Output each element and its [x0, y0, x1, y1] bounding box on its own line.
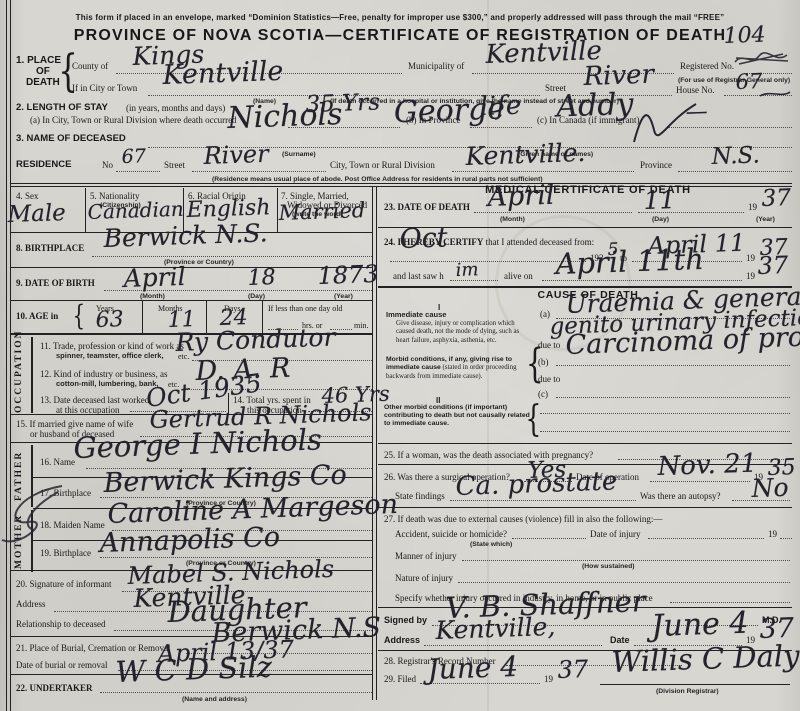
- birth-day-value: 18: [247, 267, 276, 290]
- death-certificate-scan: This form if placed in an envelope, mark…: [0, 0, 800, 711]
- division-registrar-note: (Division Registrar): [656, 688, 719, 696]
- death-year-value: 37: [761, 187, 791, 211]
- registered-no-label: Registered No.: [680, 62, 734, 72]
- pen-stroke: [630, 100, 702, 146]
- year-prefix: 19: [748, 203, 757, 213]
- length-of-stay-note: (in years, months and days): [126, 104, 225, 114]
- dotted-line: [556, 365, 790, 366]
- pen-scribble: [0, 468, 70, 558]
- burial-date-label: Date of burial or removal: [16, 661, 107, 671]
- dotted-line: [780, 538, 792, 539]
- name-address-note: (Name and address): [182, 696, 247, 704]
- age-label: 10. AGE in: [16, 312, 58, 322]
- filed-label: 29. Filed: [384, 675, 416, 685]
- how-sustained-note: (How sustained): [582, 563, 635, 571]
- min-label: min.: [354, 322, 368, 331]
- to-year-prefix: 19: [746, 254, 755, 264]
- residence-no-value: 67: [121, 147, 146, 167]
- marital-value: Married: [278, 200, 365, 224]
- city-town-value: Kentville: [162, 58, 284, 89]
- year-note: (Year): [756, 216, 775, 224]
- dotted-line: [670, 602, 790, 603]
- mother-birthplace-value: Annapolis Co: [99, 524, 280, 557]
- month-note: (Month): [500, 216, 525, 224]
- trade-value: Ry Condutor: [175, 324, 336, 355]
- autopsy-label: Was there an autopsy?: [640, 492, 721, 502]
- him-value: im: [455, 261, 478, 280]
- date-of-birth-label: 9. DATE OF BIRTH: [16, 279, 95, 289]
- pen-tick: [758, 88, 792, 100]
- alive-on-label: alive on: [504, 272, 533, 282]
- date-of-death-label: 23. DATE OF DEATH: [384, 203, 470, 213]
- dotted-line: [116, 171, 160, 172]
- residence-street-label: Street: [164, 161, 185, 171]
- birthplace-value: Berwick N.S.: [103, 220, 268, 251]
- attended-from-value: Oct: [399, 224, 448, 253]
- city-town-label: If in City or Town: [72, 84, 137, 94]
- division-registrar-signature: Willis C Daly: [611, 641, 800, 677]
- day-note: (Day): [652, 216, 669, 224]
- undertaker-label: 22. UNDERTAKER: [16, 684, 93, 694]
- residence-label: RESIDENCE: [16, 160, 71, 170]
- side-bar: [31, 337, 33, 413]
- relationship-label: Relationship to deceased: [16, 620, 105, 630]
- signature-rule: [600, 684, 790, 685]
- dotted-line: [462, 560, 790, 561]
- scratched-out-number: [733, 50, 791, 68]
- house-no-label: House No.: [676, 86, 715, 96]
- signed-by-label: Signed by: [384, 616, 427, 626]
- residence-city-label: City, Town or Rural Division: [330, 161, 435, 171]
- trade-label-bold: spinner, teamster, office clerk,: [56, 352, 164, 361]
- death-month-value: April: [487, 182, 555, 211]
- binding-rule: [10, 0, 11, 711]
- residence-no-label: No: [102, 161, 113, 171]
- dotted-line: [512, 538, 586, 539]
- binding-rule: [6, 0, 7, 711]
- immediate-cause-label: Immediate cause: [386, 311, 446, 320]
- autopsy-value: No: [751, 475, 789, 501]
- findings-value: Ca. prostate: [455, 468, 618, 500]
- name-of-deceased-label: 3. NAME OF DECEASED: [16, 134, 126, 144]
- residence-street-value: River: [203, 142, 269, 168]
- dotted-line: [540, 431, 790, 432]
- alive-year-prefix: 19: [746, 272, 755, 282]
- external-causes-label: 27. If death was due to external causes …: [384, 515, 662, 525]
- state-which-note: (State which): [470, 541, 512, 549]
- nationality-value: Canadian: [87, 199, 184, 222]
- cause-b-label: (b): [538, 358, 549, 368]
- father-name-value: George I Nichols: [73, 425, 322, 463]
- other-morbid-instructions: Other morbid conditions (if important) c…: [384, 404, 534, 428]
- due-to-label: due to: [538, 375, 560, 385]
- operation-date-value: Nov. 21: [657, 451, 757, 480]
- less-than-day-label: If less than one day old: [268, 305, 342, 314]
- filed-year-prefix: 19: [544, 675, 553, 685]
- state-findings-label: State findings: [395, 492, 445, 502]
- immediate-cause-instructions: Give disease, injury or complication whi…: [396, 320, 524, 345]
- injury-year-prefix: 19: [768, 530, 777, 540]
- dotted-line: [424, 645, 602, 646]
- injury-date-label: Date of injury: [590, 530, 640, 540]
- cell-divider: [85, 188, 86, 232]
- dotted-line: [556, 397, 790, 398]
- manner-of-injury-label: Manner of injury: [395, 552, 456, 562]
- row-rule: [378, 507, 792, 508]
- dotted-line: [192, 171, 326, 172]
- dotted-line: [648, 538, 764, 539]
- dotted-line: [458, 582, 790, 583]
- dotted-line: [100, 692, 372, 693]
- nature-of-injury-label: Nature of injury: [395, 574, 453, 584]
- filed-date-value: June 4: [427, 653, 519, 684]
- field1-label: DEATH: [26, 77, 60, 88]
- registered-number-handwritten: 104: [723, 25, 766, 48]
- signed-date-value: June 4: [651, 609, 749, 642]
- street-value: River: [583, 62, 654, 90]
- last-saw-label: and last saw h: [393, 272, 444, 282]
- dotted-line: [452, 171, 634, 172]
- dotted-line: [678, 171, 792, 172]
- death-day-value: 11: [643, 187, 676, 213]
- mailing-banner: This form if placed in an envelope, mark…: [0, 14, 800, 23]
- brace: {: [73, 302, 85, 330]
- industry-label-bold: cotton-mill, lumbering, bank,: [56, 380, 159, 389]
- surname-note: (Surname): [282, 151, 316, 159]
- informant-address-label: Address: [16, 600, 46, 610]
- physician-address-label: Address: [384, 636, 420, 646]
- last-alive-year: 37: [757, 253, 788, 278]
- accident-label: Accident, suicide or homicide?: [395, 530, 507, 540]
- field1-label: 1. PLACE: [16, 55, 61, 66]
- physician-address-value: Kentville,: [435, 614, 556, 643]
- occupation-side-label: OCCUPATION: [14, 337, 24, 413]
- stay-city-label: (a) In City, Town or Rural Division wher…: [30, 116, 237, 126]
- row-rule: [378, 443, 792, 444]
- name-of-deceased-value: Nichols George Addy: [227, 90, 634, 134]
- sex-value: Male: [7, 202, 66, 227]
- cell-divider: [142, 301, 143, 333]
- dotted-line: [92, 256, 372, 257]
- age-years-value: 63: [95, 309, 124, 332]
- burial-place-label: 21. Place of Burial, Cremation or Remova…: [16, 644, 170, 654]
- last-alive-value: April 11th: [555, 245, 704, 279]
- medical-certificate-title: MEDICAL CERTIFICATE OF DEATH: [384, 184, 792, 196]
- morbid-conditions-instructions: Morbid conditions, if any, giving rise t…: [386, 356, 532, 381]
- father-name-label: 16. Name: [40, 458, 75, 468]
- field1-label: OF: [36, 66, 50, 77]
- birthplace-label: 8. BIRTHPLACE: [16, 244, 84, 254]
- dotted-line: [540, 413, 790, 414]
- birth-year-value: 1873: [317, 262, 379, 288]
- residence-province-value: N.S.: [711, 144, 760, 169]
- birth-month-value: April: [123, 264, 186, 291]
- undertaker-value: W C D Silz: [115, 653, 273, 687]
- county-label: County of: [72, 62, 108, 72]
- residence-province-label: Province: [640, 161, 672, 171]
- residence-city-value: Kentville.: [465, 140, 586, 169]
- informant-signature-label: 20. Signature of informant: [16, 580, 111, 590]
- length-of-stay-label: 2. LENGTH OF STAY: [16, 103, 108, 113]
- row-rule: [10, 300, 372, 301]
- form-title: PROVINCE OF NOVA SCOTIA—CERTIFICATE OF R…: [0, 27, 800, 45]
- registered-no-note: (For use of Registrar General only): [678, 77, 790, 85]
- filed-year-value: 37: [557, 657, 588, 682]
- municipality-label: Municipality of: [408, 62, 464, 72]
- brace: {: [525, 402, 541, 438]
